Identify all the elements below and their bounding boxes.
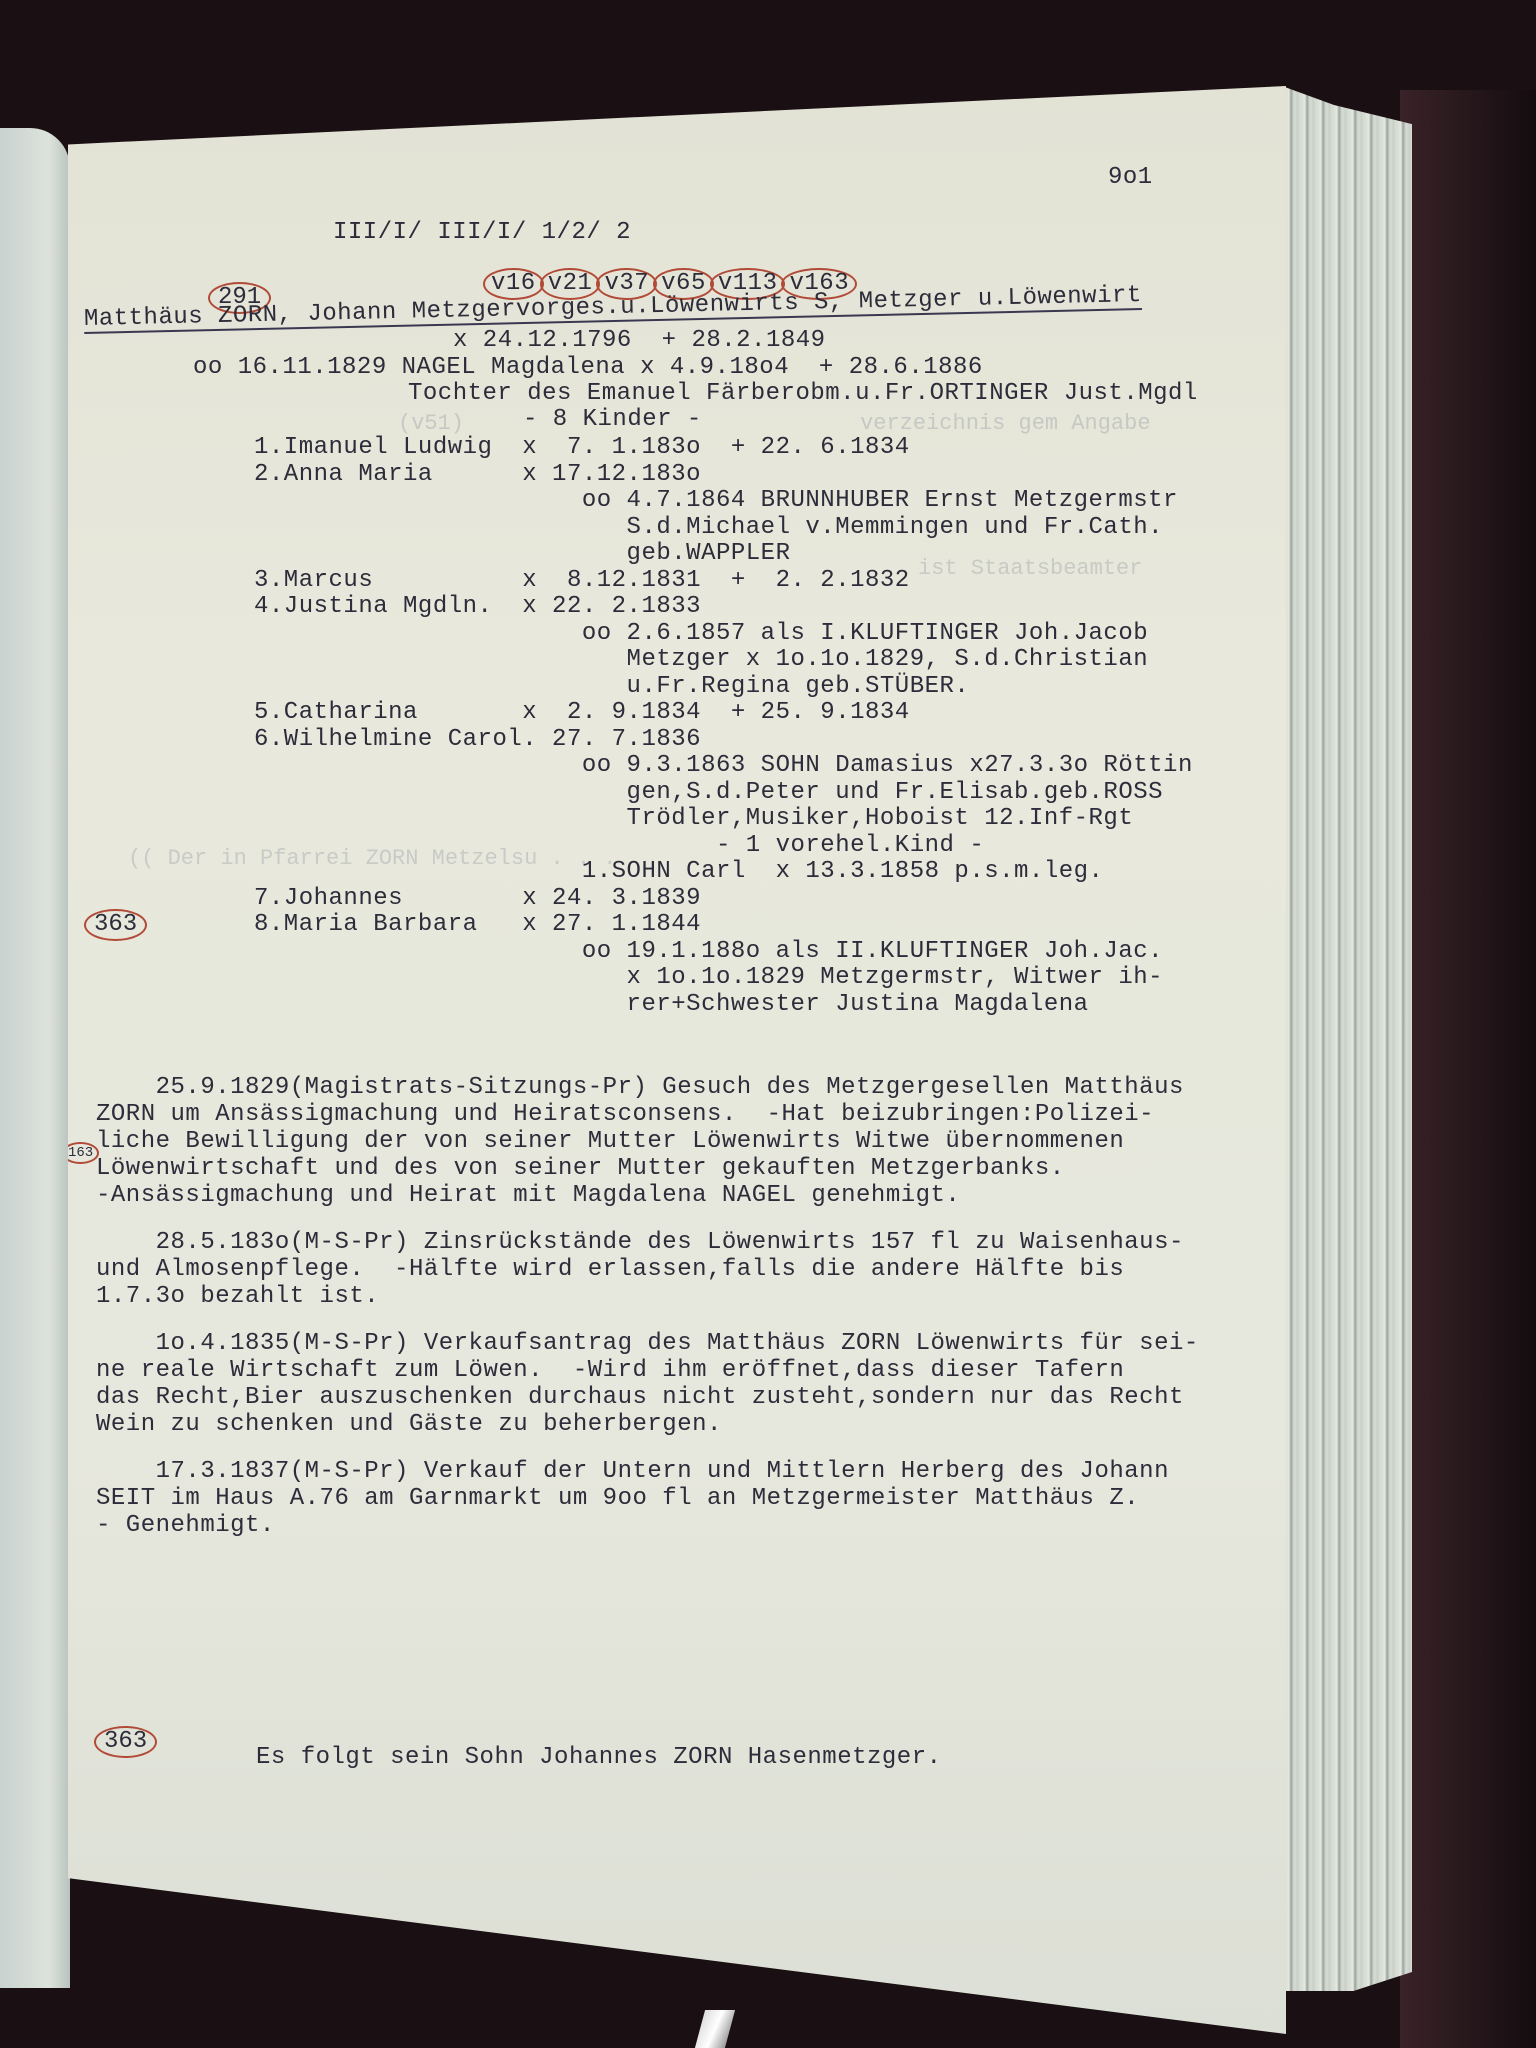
bleed-through-text: (v51) verzeichnis gem Angabe: [398, 411, 1151, 436]
record-line: SEIT im Haus A.76 am Garnmarkt um 9oo fl…: [96, 1487, 1139, 1511]
child-line: Metzger x 1o.1o.1829, S.d.Christian: [254, 648, 1148, 672]
child-line: 8.Maria Barbara x 27. 1.1844: [254, 913, 701, 937]
head-marriage: oo 16.11.1829 NAGEL Magdalena x 4.9.18o4…: [193, 356, 983, 380]
bleed-through-text: ist Staatsbeamter: [918, 556, 1142, 581]
child-line: S.d.Michael v.Memmingen und Fr.Cath.: [254, 516, 1163, 540]
child-line: oo 9.3.1863 SOHN Damasius x27.3.3o Rötti…: [254, 754, 1193, 778]
child-line: rer+Schwester Justina Magdalena: [254, 993, 1089, 1017]
record-line: Wein zu schenken und Gäste zu beherberge…: [96, 1413, 722, 1437]
child-line: oo 2.6.1857 als I.KLUFTINGER Joh.Jacob: [254, 622, 1148, 646]
record-line: -Ansässigmachung und Heirat mit Magdalen…: [96, 1184, 960, 1208]
document-page: (v51) verzeichnis gem Angabe ist Staatsb…: [68, 86, 1286, 2034]
left-page-edge: [0, 128, 70, 1988]
footer-note: Es folgt sein Sohn Johannes ZORN Hasenme…: [256, 1746, 942, 1770]
child-line: oo 4.7.1864 BRUNNHUBER Ernst Metzgermstr: [254, 489, 1178, 513]
backdrop: [1400, 90, 1536, 2048]
child-line: 5.Catharina x 2. 9.1834 + 25. 9.1834: [254, 701, 910, 725]
record-line: liche Bewilligung der von seiner Mutter …: [96, 1130, 1124, 1154]
lineage-code: III/I/ III/I/ 1/2/ 2: [333, 221, 631, 245]
child-line: 6.Wilhelmine Carol. 27. 7.1836: [254, 728, 701, 752]
child-line: gen,S.d.Peter und Fr.Elisab.geb.ROSS: [254, 781, 1163, 805]
child-line: 1.Imanuel Ludwig x 7. 1.183o + 22. 6.183…: [254, 436, 910, 460]
record-line: - Genehmigt.: [96, 1514, 275, 1538]
page-stack-edge: [1282, 86, 1412, 1991]
record-line: Löwenwirtschaft und des von seiner Mutte…: [96, 1157, 1065, 1181]
child-line: geb.WAPPLER: [254, 542, 790, 566]
child-line: Trödler,Musiker,Hoboist 12.Inf-Rgt: [254, 807, 1133, 831]
child-line: - 1 vorehel.Kind -: [254, 834, 984, 858]
margin-ref-footer: 363: [94, 1726, 157, 1758]
child-line: 7.Johannes x 24. 3.1839: [254, 887, 701, 911]
head-spouse-parents: Tochter des Emanuel Färberobm.u.Fr.ORTIN…: [408, 382, 1198, 406]
margin-ref-johannes: 363: [84, 909, 147, 941]
child-line: 2.Anna Maria x 17.12.183o: [254, 463, 701, 487]
record-line: das Recht,Bier auszuschenken durchaus ni…: [96, 1386, 1184, 1410]
record-line: 25.9.1829(Magistrats-Sitzungs-Pr) Gesuch…: [96, 1076, 1184, 1100]
record-line: 28.5.183o(M-S-Pr) Zinsrückstände des Löw…: [96, 1231, 1184, 1255]
children-count: - 8 Kinder -: [523, 408, 702, 432]
head-dates: x 24.12.1796 + 28.2.1849: [453, 329, 826, 353]
child-line: u.Fr.Regina geb.STÜBER.: [254, 675, 969, 699]
record-line: 1.7.3o bezahlt ist.: [96, 1285, 379, 1309]
record-line: und Almosenpflege. -Hälfte wird erlassen…: [96, 1258, 1124, 1282]
child-line: x 1o.1o.1829 Metzgermstr, Witwer ih-: [254, 966, 1163, 990]
record-line: 1o.4.1835(M-S-Pr) Verkaufsantrag des Mat…: [96, 1332, 1199, 1356]
record-line: ne reale Wirtschaft zum Löwen. -Wird ihm…: [96, 1359, 1124, 1383]
child-line: 4.Justina Mgdln. x 22. 2.1833: [254, 595, 701, 619]
record-line: 17.3.1837(M-S-Pr) Verkauf der Untern und…: [96, 1460, 1169, 1484]
page-number: 9o1: [1108, 166, 1153, 190]
pen-tip: [695, 2010, 735, 2048]
child-line: oo 19.1.188o als II.KLUFTINGER Joh.Jac.: [254, 940, 1163, 964]
child-line: 3.Marcus x 8.12.1831 + 2. 2.1832: [254, 569, 910, 593]
record-line: ZORN um Ansässigmachung und Heiratsconse…: [96, 1103, 1154, 1127]
child-line: 1.SOHN Carl x 13.3.1858 p.s.m.leg.: [254, 860, 1103, 884]
